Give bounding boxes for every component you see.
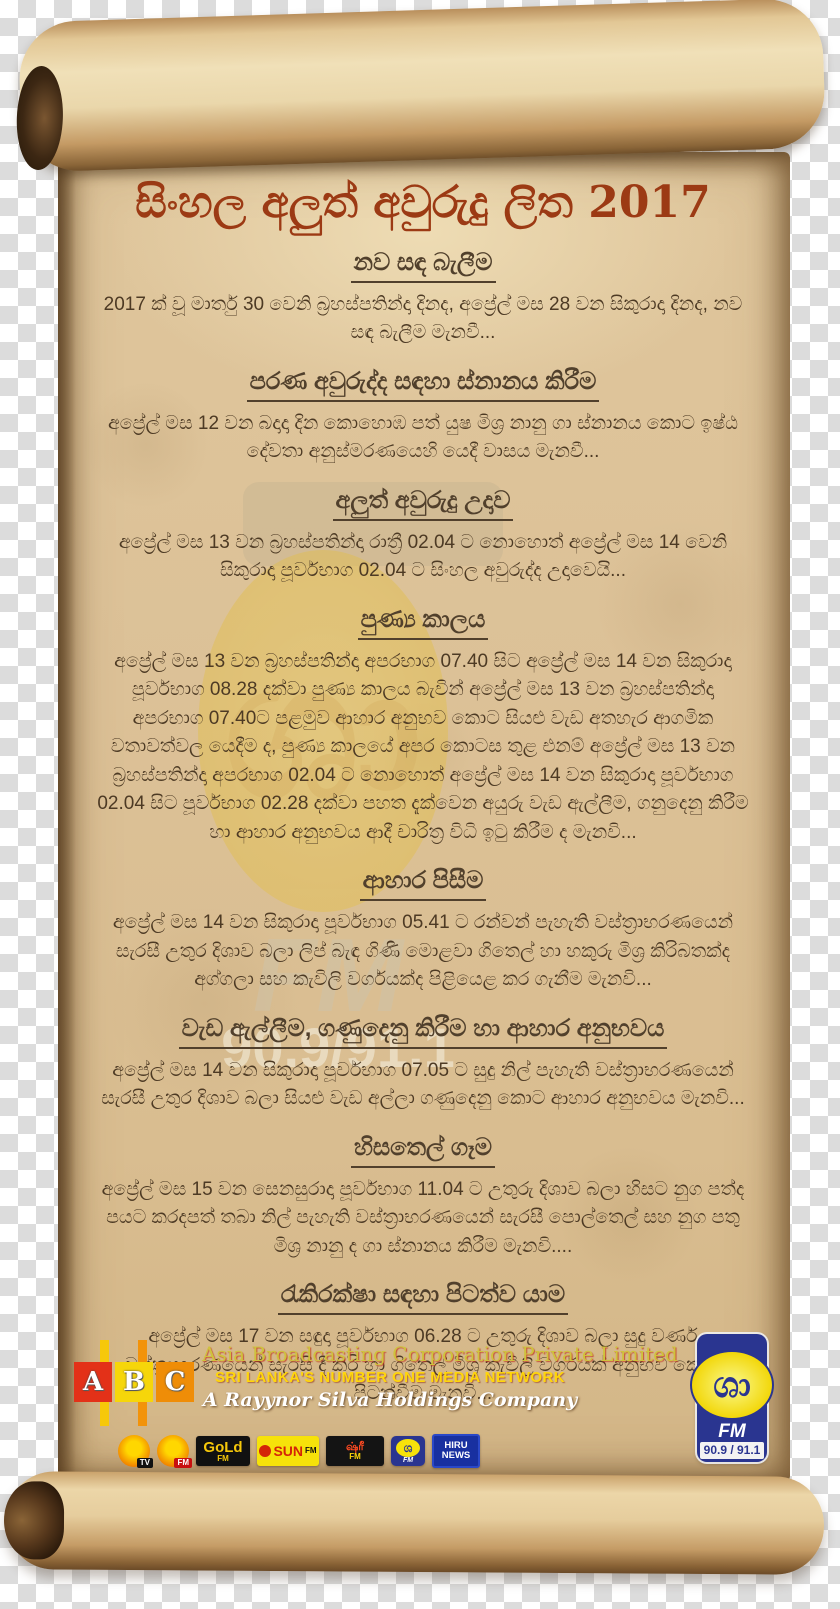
shree-fm-logo: ஷ்ரீ FM	[326, 1436, 384, 1466]
shaa-fm-glyph: ශා	[713, 1367, 751, 1403]
hiru-tv-logo: TV	[118, 1435, 150, 1467]
scroll-bottom-roll	[6, 1471, 825, 1575]
scroll-top-roll	[18, 0, 826, 173]
section-body: අප්‍රේල් මස 14 වන සිකුරාදා පූර්වභාග 05.4…	[97, 909, 749, 995]
section-body: අප්‍රේල් මස 14 වන සිකුරාදා පූර්වභාග 07.0…	[97, 1057, 749, 1114]
section-new-moon: නව සඳ බැලීම 2017 ක් වූ මාර්තු 30 වෙනි බ්…	[94, 248, 752, 348]
section-work-transactions-eating: වැඩ ඇල්ලීම, ගණුදෙනු කිරීම හා ආහාර අනුභවය…	[94, 1014, 752, 1114]
section-body: 2017 ක් වූ මාර්තු 30 වෙනි බ්‍රහස්පතින්දා…	[97, 291, 749, 348]
shaa-fm-main-logo: ශා FM 90.9 / 91.1	[690, 1334, 774, 1462]
section-heading: පුණ්‍ය කාලය	[358, 605, 489, 640]
sun-fm-sub: FM	[305, 1447, 317, 1455]
gold-fm-sub: FM	[217, 1455, 229, 1463]
gold-fm-label: GoLd	[203, 1440, 242, 1455]
shaa-fm-logo-disc: ශා	[690, 1350, 774, 1420]
hiru-fm-logo: FM	[157, 1435, 189, 1467]
hiru-news-logo: HIRU NEWS	[432, 1434, 480, 1468]
parchment-body: ශා FM 90.9/91.1 සිංහල අලුත් අවුරුදු ලිත …	[58, 152, 790, 1482]
shaa-fm-frequency: 90.9 / 91.1	[700, 1442, 764, 1459]
section-heading: පරණ අවුරුද්ද සඳහා ස්නානය කිරීම	[247, 367, 600, 402]
abc-text-lines: Asia Broadcasting Corporation Private Li…	[202, 1342, 578, 1411]
section-heading: හිසතෙල් ගෑම	[351, 1133, 495, 1168]
gold-fm-logo: GoLd FM	[196, 1436, 250, 1466]
sun-fm-label: SUN	[273, 1444, 303, 1458]
section-cooking: ආහාර පිසීම අප්‍රේල් මස 14 වන සිකුරාදා පූ…	[94, 866, 752, 995]
section-heading: අලුත් අවුරුදු උදාව	[333, 486, 514, 521]
section-heading: ආහාර පිසීම	[360, 866, 487, 901]
scroll-bottom-roll-curl	[4, 1481, 65, 1559]
abc-logo-letter-a: A	[74, 1362, 112, 1402]
abc-logo-letter-c: C	[156, 1362, 194, 1402]
hiru-tv-label: TV	[137, 1458, 153, 1468]
transparency-checkerboard-background: ශා FM 90.9/91.1 සිංහල අලුත් අවුරුදු ලිත …	[0, 0, 840, 1609]
hiru-fm-label: FM	[174, 1458, 192, 1468]
section-body: අප්‍රේල් මස 13 වන බ්‍රහස්පතින්දා අපරභාග …	[97, 648, 749, 848]
section-heading: වැඩ ඇල්ලීම, ගණුදෙනු කිරීම හා ආහාර අනුභවය	[179, 1014, 668, 1049]
sun-fm-logo: SUN FM	[257, 1436, 319, 1466]
section-punya-kalaya: පුණ්‍ය කාලය අප්‍රේල් මස 13 වන බ්‍රහස්පති…	[94, 605, 752, 848]
abc-logo: A B C	[74, 1340, 196, 1426]
section-body: අප්‍රේල් මස 12 වන බදාදා දින කොහොඹ පත් යු…	[97, 410, 749, 467]
shree-fm-sub: FM	[349, 1453, 361, 1462]
abc-holdings-line: A Rayynor Silva Holdings Company	[202, 1389, 578, 1411]
shaa-fm-small-glyph: ශ	[396, 1439, 420, 1457]
page-title: සිංහල අලුත් අවුරුදු ලිත 2017	[94, 178, 752, 229]
hiru-news-sub: NEWS	[442, 1451, 471, 1461]
section-new-year-dawn: අලුත් අවුරුදු උදාව අප්‍රේල් මස 13 වන බ්‍…	[94, 486, 752, 586]
section-heading: නව සඳ බැලීම	[351, 248, 496, 283]
abc-company-name: Asia Broadcasting Corporation Private Li…	[202, 1342, 578, 1366]
section-body: අප්‍රේල් මස 15 වන සෙනසුරාදා පූර්වභාග 11.…	[97, 1176, 749, 1262]
footer: A B C Asia Broadcasting Corporation Priv…	[72, 1334, 774, 1476]
almanac-content: සිංහල අලුත් අවුරුදු ලිත 2017 නව සඳ බැලීම…	[58, 152, 790, 1409]
shaa-fm-fm-text: FM	[690, 1422, 774, 1441]
abc-tagline: SRI LANKA'S NUMBER ONE MEDIA NETWORK	[202, 1369, 578, 1386]
section-bathing-old-year: පරණ අවුරුද්ද සඳහා ස්නානය කිරීම අප්‍රේල් …	[94, 367, 752, 467]
shaa-fm-small-logo: ශ FM	[391, 1436, 425, 1466]
abc-logo-letter-b: B	[115, 1362, 153, 1402]
section-anointing-oil: හිසතෙල් ගෑම අප්‍රේල් මස 15 වන සෙනසුරාදා …	[94, 1133, 752, 1262]
shree-fm-label: ஷ்ரீ	[346, 1441, 364, 1453]
section-body: අප්‍රේල් මස 13 වන බ්‍රහස්පතින්දා රාත්‍රී…	[97, 529, 749, 586]
station-logo-strip: TV FM GoLd FM SUN FM ஷ்ரீ FM	[118, 1434, 480, 1468]
scroll-top-roll-core	[15, 65, 65, 171]
sun-fm-sun-icon	[259, 1445, 271, 1457]
shaa-fm-small-sub: FM	[403, 1457, 413, 1464]
section-heading: රැකිරක්ෂා සඳහා පිටත්ව යාම	[278, 1280, 568, 1315]
